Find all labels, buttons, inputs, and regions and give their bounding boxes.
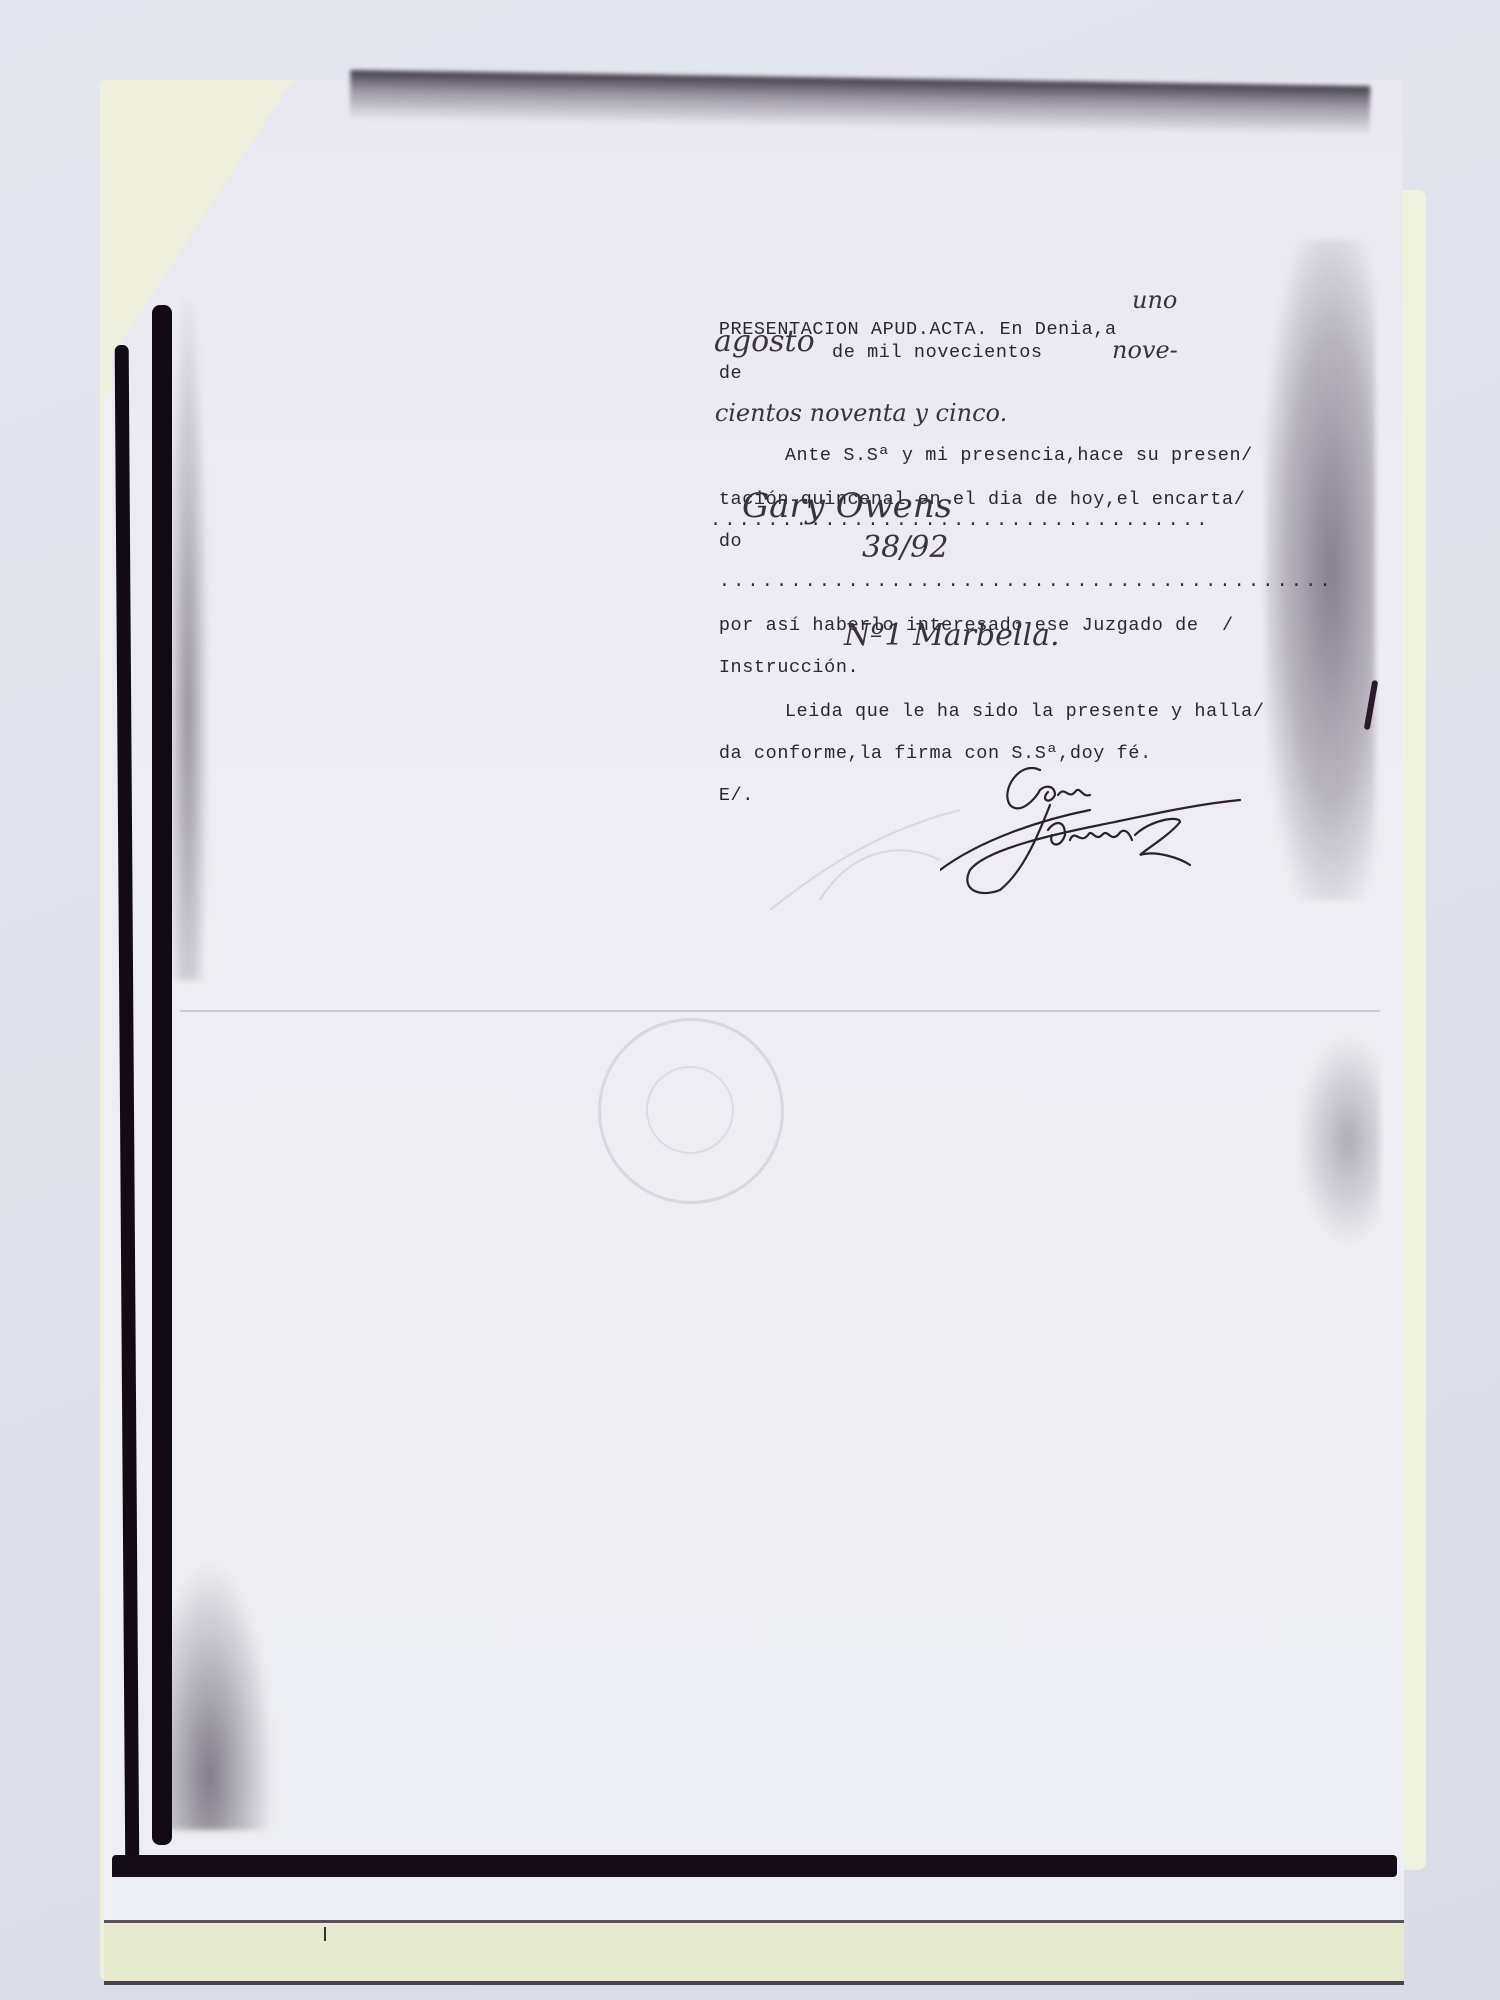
copier-smudge-right-lower [1300, 1040, 1380, 1240]
handwritten-year-b: cientos noventa y cinco. [715, 399, 1007, 427]
handwritten-case-number: 38/92 [862, 530, 948, 565]
copier-smudge-left-bottom [165, 1560, 275, 1830]
dotted-fill: ........................................… [719, 571, 1334, 592]
handwritten-day: uno [1132, 286, 1177, 314]
copier-smudge-left [168, 300, 208, 980]
fold-line [180, 1010, 1380, 1012]
typed-text: Instrucción. [719, 657, 859, 678]
typed-text: Leida que le ha sido la presente y halla… [785, 701, 1265, 722]
typed-text: Ante S.Sª y mi presencia,hace su presen/ [785, 445, 1253, 466]
handwritten-name: Gary Owens [742, 486, 952, 526]
border-bottom [112, 1855, 1397, 1877]
typed-text: de mil novecientos [832, 342, 1043, 363]
court-seal [598, 1018, 784, 1204]
line-12: E/. [672, 764, 754, 827]
signature: Gary Owens [940, 750, 1320, 900]
typed-text: E/. [719, 785, 754, 806]
backing-sheet-bottom [104, 1920, 1404, 1985]
border-corner [112, 1860, 128, 1877]
signature-text: Gary Owens [940, 750, 946, 751]
handwritten-court: Nº1 Marbella. [844, 618, 1060, 653]
handwritten-year-a: nove- [1112, 336, 1178, 364]
typed-text: do [719, 531, 742, 552]
border-inner-vertical [152, 305, 172, 1845]
handwritten-month: agosto [714, 324, 815, 359]
staple-mark [324, 1927, 326, 1941]
signature-icon [940, 750, 1320, 900]
